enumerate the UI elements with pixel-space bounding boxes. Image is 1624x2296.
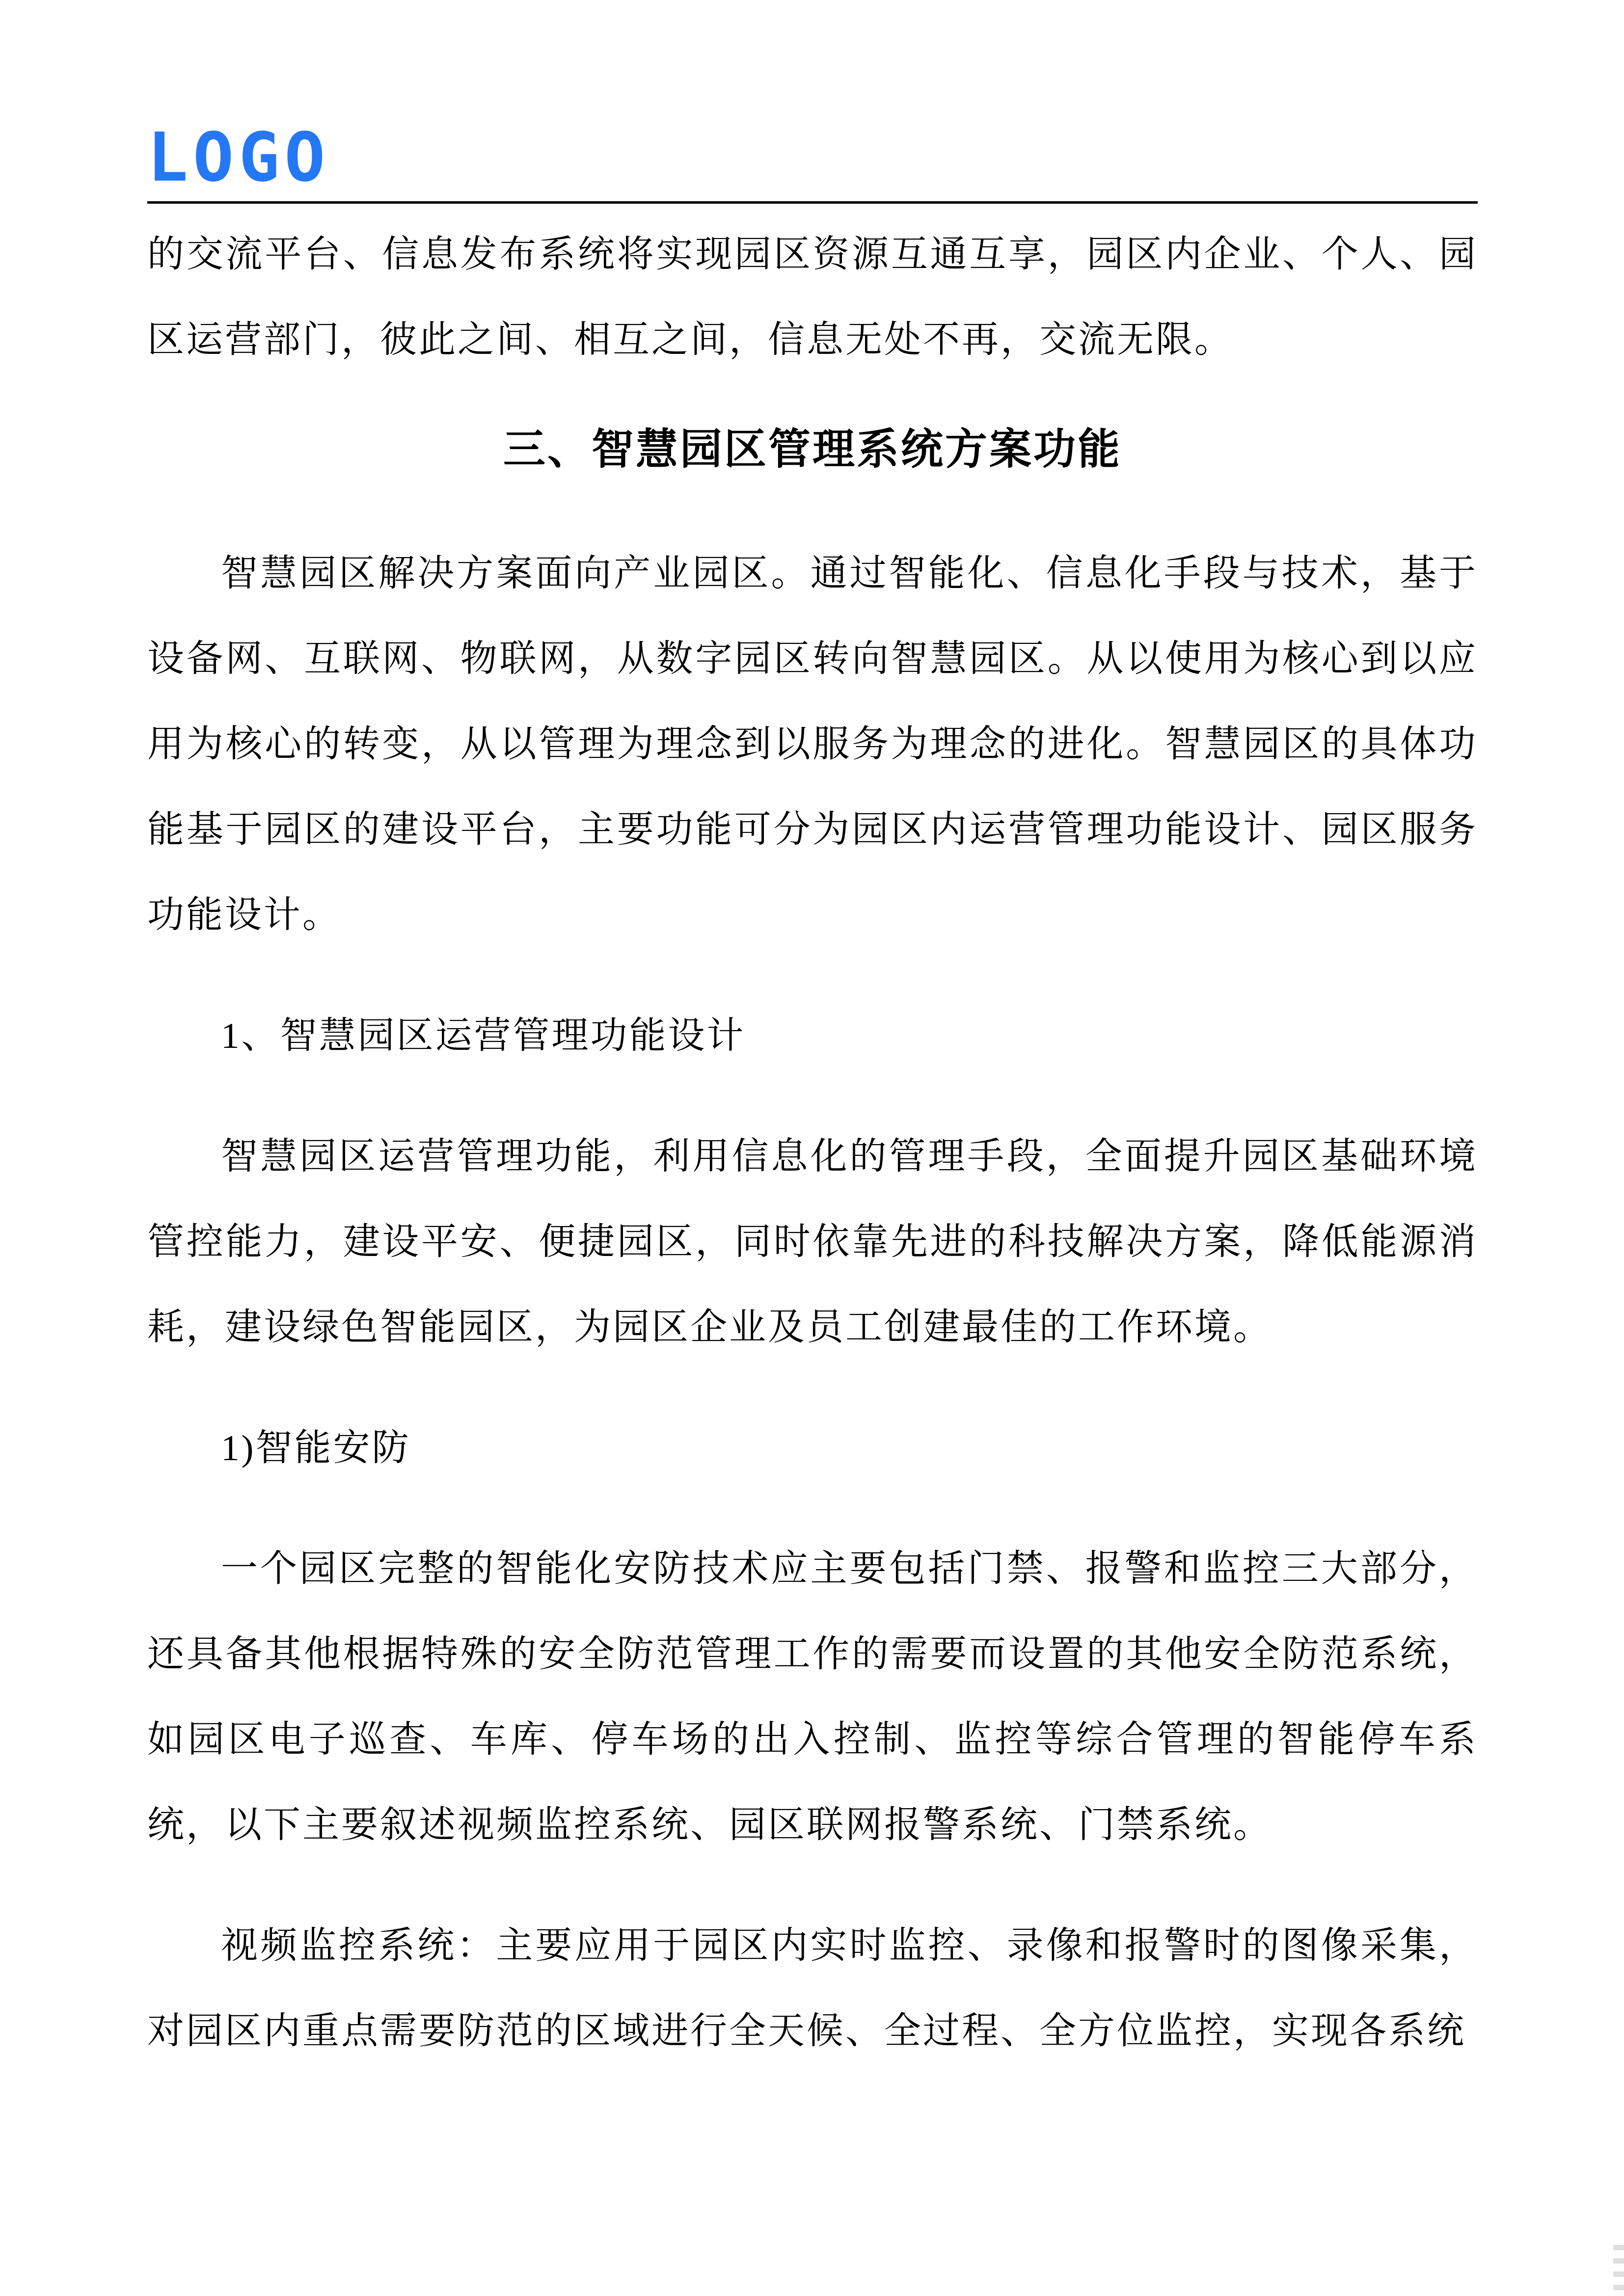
edge-watermark-artifact bbox=[1613, 2245, 1624, 2290]
watermark-mark bbox=[1613, 2258, 1624, 2264]
paragraph-security: 一个园区完整的智能化安防技术应主要包括门禁、报警和监控三大部分，还具备其他根据特… bbox=[147, 1526, 1478, 1868]
document-body: 的交流平台、信息发布系统将实现园区资源互通互享，园区内企业、个人、园区运营部门，… bbox=[147, 212, 1478, 2074]
section-heading: 三、智慧园区管理系统方案功能 bbox=[147, 403, 1478, 496]
page-header: LOGO bbox=[147, 0, 1478, 204]
subheading-operations: 1、智慧园区运营管理功能设计 bbox=[147, 993, 1478, 1079]
watermark-mark bbox=[1613, 2245, 1624, 2250]
paragraph-intro-continuation: 的交流平台、信息发布系统将实现园区资源互通互享，园区内企业、个人、园区运营部门，… bbox=[147, 212, 1478, 383]
watermark-mark bbox=[1613, 2271, 1624, 2277]
subheading-security: 1)智能安防 bbox=[147, 1406, 1478, 1491]
paragraph-operations: 智慧园区运营管理功能，利用信息化的管理手段，全面提升园区基础环境管控能力，建设平… bbox=[147, 1114, 1478, 1370]
logo-text: LOGO bbox=[147, 126, 330, 189]
watermark-mark bbox=[1613, 2285, 1624, 2290]
document-page: LOGO 的交流平台、信息发布系统将实现园区资源互通互享，园区内企业、个人、园区… bbox=[0, 0, 1624, 2296]
paragraph-overview: 智慧园区解决方案面向产业园区。通过智能化、信息化手段与技术，基于设备网、互联网、… bbox=[147, 531, 1478, 958]
paragraph-video-surveillance: 视频监控系统：主要应用于园区内实时监控、录像和报警时的图像采集，对园区内重点需要… bbox=[147, 1903, 1478, 2074]
